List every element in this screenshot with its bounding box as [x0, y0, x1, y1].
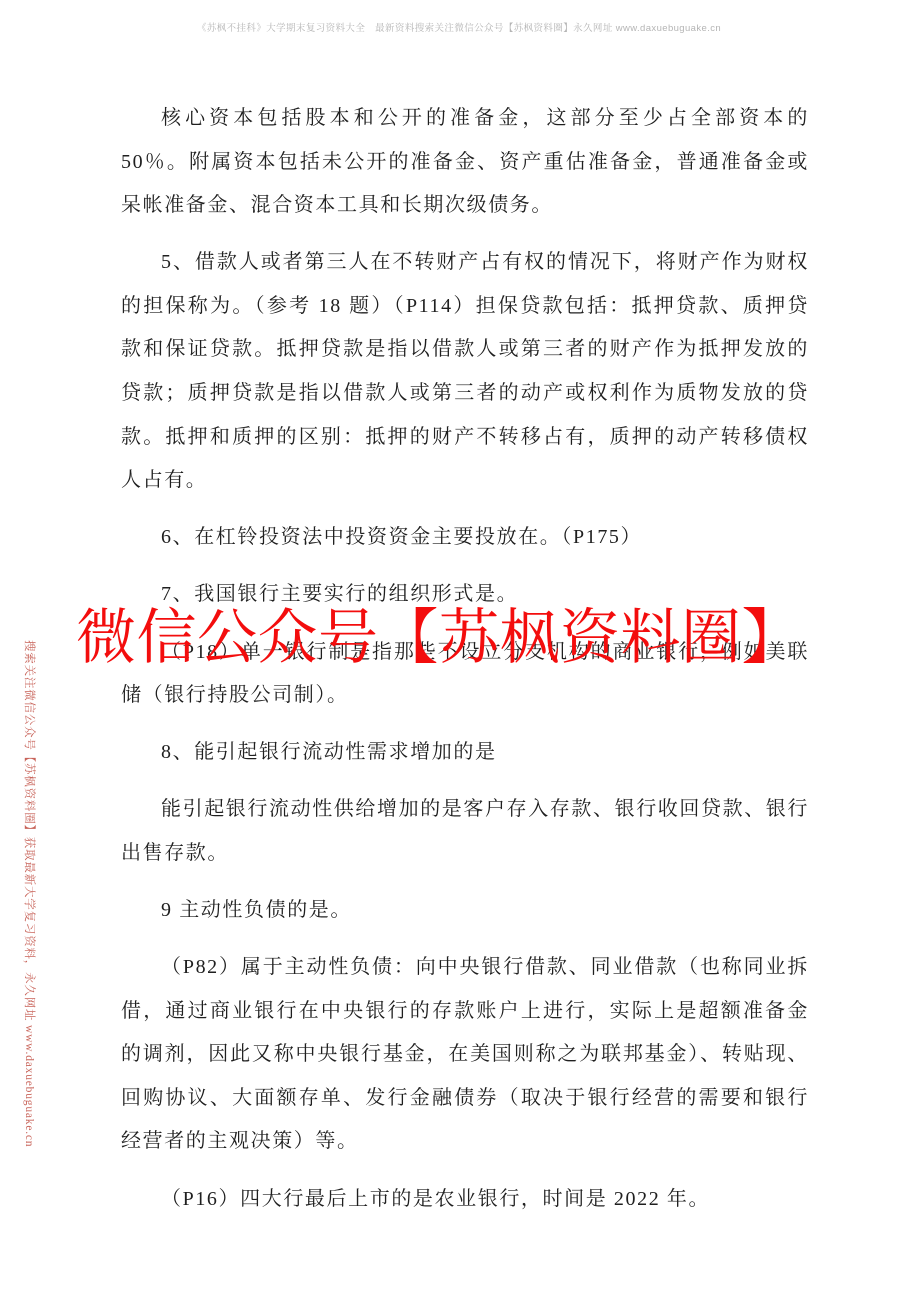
paragraph: 核心资本包括股本和公开的准备金，这部分至少占全部资本的 50％。附属资本包括未公… [121, 97, 809, 228]
paragraph: （P18）单一银行制是指那些不设立分支机构的商业银行，例如美联储（银行持股公司制… [121, 631, 809, 718]
paragraph: 5、借款人或者第三人在不转财产占有权的情况下，将财产作为财权的担保称为。（参考 … [121, 241, 809, 503]
page-header-note: 《苏枫不挂科》大学期末复习资料大全 最新资料搜索关注微信公众号【苏枫资料圈】永久… [0, 20, 918, 34]
paragraph: （P16）四大行最后上市的是农业银行，时间是 2022 年。 [121, 1178, 809, 1222]
paragraph: 6、在杠铃投资法中投资资金主要投放在。（P175） [121, 516, 809, 560]
paragraph: 能引起银行流动性供给增加的是客户存入存款、银行收回贷款、银行出售存款。 [121, 788, 809, 875]
paragraph: 7、我国银行主要实行的组织形式是。 [121, 573, 809, 617]
paragraph: （P82）属于主动性负债：向中央银行借款、同业借款（也称同业拆借，通过商业银行在… [121, 946, 809, 1164]
paragraph: 9 主动性负债的是。 [121, 889, 809, 933]
paragraph: 8、能引起银行流动性需求增加的是 [121, 731, 809, 775]
side-watermark-text: 搜索关注微信公众号【苏枫资料圈】获取最新大学复习资料，永久网址 www.daxu… [22, 640, 38, 1147]
document-body: 核心资本包括股本和公开的准备金，这部分至少占全部资本的 50％。附属资本包括未公… [121, 97, 809, 1235]
document-page: 《苏枫不挂科》大学期末复习资料大全 最新资料搜索关注微信公众号【苏枫资料圈】永久… [0, 0, 918, 1298]
